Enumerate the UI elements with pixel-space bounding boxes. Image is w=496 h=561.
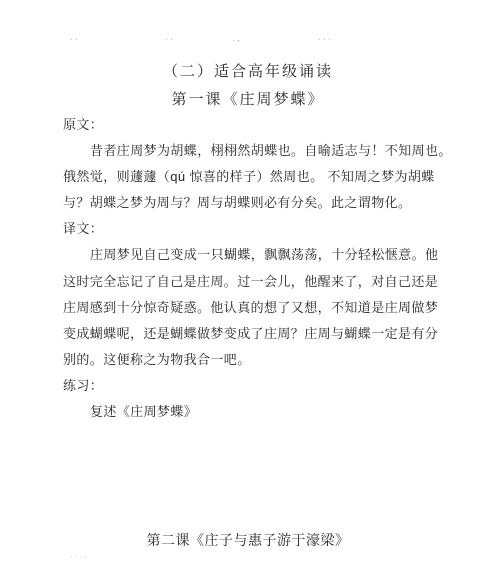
translation-line: 别的。这便称之为物我合一吧。 — [63, 347, 437, 373]
scan-artifact: ·- — [232, 35, 242, 45]
translation-label: 译文： — [63, 216, 437, 242]
translation-line: 变成蝴蝶呢，还是蝴蝶做梦变成了庄周？庄周与蝴蝶一定是有分 — [63, 321, 437, 347]
lesson2-title: 第二课《庄子与惠子游于濠梁》 — [0, 530, 496, 550]
original-label: 原文： — [63, 112, 437, 138]
translation-line: 庄周感到十分惊奇疑惑。他认真的想了又想，不知道是庄周做梦 — [63, 295, 437, 321]
scan-artifact: ···· — [70, 552, 89, 561]
scan-artifact: ·· — [165, 34, 175, 44]
scan-artifact: ·· — [70, 34, 80, 44]
translation-line: 这时完全忘记了自己是庄周。过一会儿，他醒来了，对自己还是 — [63, 269, 437, 295]
lesson1-body: 原文： 昔者庄周梦为胡蝶，栩栩然胡蝶也。自喻适志与！不知周也。 俄然觉，则蘧蘧（… — [63, 112, 437, 425]
original-line: 俄然觉，则蘧蘧（qú 惊喜的样子）然周也。 不知周之梦为胡蝶 — [63, 164, 437, 190]
practice-line: 复述《庄周梦蝶》 — [63, 399, 437, 425]
original-line: 与？胡蝶之梦为周与？周与胡蝶则必有分矣。此之谓物化。 — [63, 190, 437, 216]
document-page: ·· ·· ·- ··· （二）适合高年级诵读 第一课《庄周梦蝶》 原文： 昔者… — [0, 0, 496, 561]
section-heading: （二）适合高年级诵读 — [0, 60, 496, 81]
lesson1-title: 第一课《庄周梦蝶》 — [0, 88, 496, 109]
translation-line: 庄周梦见自己变成一只蝴蝶，飘飘荡荡，十分轻松惬意。他 — [63, 242, 437, 268]
practice-label: 练习： — [63, 373, 437, 399]
original-line: 昔者庄周梦为胡蝶，栩栩然胡蝶也。自喻适志与！不知周也。 — [63, 138, 437, 164]
scan-artifact: ··· — [318, 34, 333, 44]
